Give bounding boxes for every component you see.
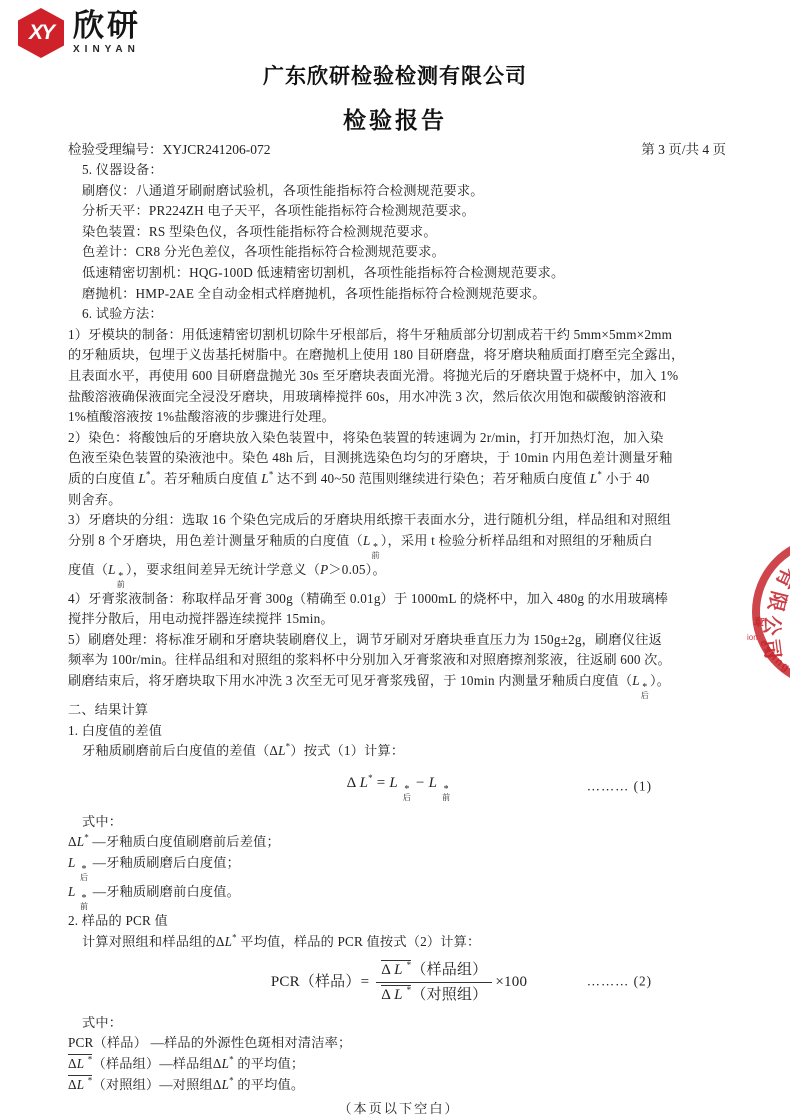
company-logo: XY 欣研 XINYAN xyxy=(18,8,141,58)
body-line: 分析天平：PR224ZH 电子天平，各项性能指标符合检测规范要求。 xyxy=(68,201,730,222)
body-line: 4）牙膏浆液制备：称取样品牙膏 300g（精确至 0.01g）于 1000mL … xyxy=(68,589,730,610)
body-line: 盐酸溶液确保液面完全浸没牙磨块，用玻璃棒搅拌 60s，用水冲洗 3 次，然后依次… xyxy=(68,387,730,408)
formula-1: Δ L* = L *后 − L *前……… (1) xyxy=(68,773,730,802)
seal-arc-en-text: esting Co xyxy=(757,638,790,683)
body-line: 频率为 100r/min。往样品组和对照组的浆料杯中分别加入牙膏浆液和对照磨擦剂… xyxy=(68,650,730,671)
body-line: 1）牙模块的制备：用低速精密切割机切除牛牙根部后，将牛牙釉质部分切割成若干约 5… xyxy=(68,325,730,346)
svg-text:esting Co: esting Co xyxy=(757,638,790,683)
body-line: 且表面水平，再使用 600 目研磨盘抛光 30s 至牙磨块表面光滑。将抛光后的牙… xyxy=(68,366,730,387)
body-line: L *前 —牙釉质刷磨前白度值。 xyxy=(68,882,730,911)
page-indicator: 第 3 页/共 4 页 xyxy=(641,138,726,158)
report-page: XY 欣研 XINYAN 广东欣研检验检测有限公司 检验报告 检验受理编号：XY… xyxy=(0,0,790,1116)
logo-name-en: XINYAN xyxy=(73,44,141,55)
seal-arc-char-4: 司 xyxy=(759,638,784,661)
body-line: 色差计：CR8 分光色差仪，各项性能指标符合检测规范要求。 xyxy=(68,242,730,263)
logo-hexagon-icon: XY xyxy=(18,8,64,58)
seal-arc-char-3: 公 xyxy=(760,615,784,638)
body-line: 5. 仪器设备： xyxy=(68,160,730,181)
body-line: 分别 8 个牙磨块，用色差计测量牙釉质的白度值（L*前），采用 t 检验分析样品… xyxy=(68,531,730,560)
body-line: 搅拌分散后，用电动搅拌器连续搅拌 15min。 xyxy=(68,609,730,630)
seal-arc-char-2: 限 xyxy=(763,589,790,614)
blank-note: （本页以下空白） xyxy=(68,1099,730,1116)
case-number-value: XYJCR241206-072 xyxy=(163,142,271,157)
body-line: 度值（L*前），要求组间差异无统计学意义（P＞0.05）。 xyxy=(68,560,730,589)
body-line: 式中： xyxy=(68,812,730,833)
body-line: 计算对照组和样品组的ΔL* 平均值，样品的 PCR 值按式（2）计算： xyxy=(68,932,730,953)
body-line: 的牙釉质块，包埋于义齿基托树脂中。在磨抛机上使用 180 目研磨盘，将牙磨块釉质… xyxy=(68,345,730,366)
logo-text: 欣研 XINYAN xyxy=(73,8,141,55)
body-line: 1%植酸溶液按 1%盐酸溶液的步骤进行处理。 xyxy=(68,407,730,428)
body-line: PCR（样品） —样品的外源性色斑相对清洁率； xyxy=(68,1033,730,1054)
case-number-label: 检验受理编号： xyxy=(68,142,163,157)
case-number: 检验受理编号：XYJCR241206-072 xyxy=(68,138,271,158)
seal-arc-char-1: 有 xyxy=(771,564,790,592)
body-line: L *后 —牙釉质刷磨后白度值； xyxy=(68,853,730,882)
formula-reference: ……… (1) xyxy=(587,777,652,798)
body-line: 6. 试验方法： xyxy=(68,304,730,325)
body-line: 则舍弃。 xyxy=(68,490,730,511)
body-line: 刷磨结束后，将牙磨块取下用水冲洗 3 次至无可见牙膏浆残留，于 10min 内测… xyxy=(68,671,730,700)
report-body: 5. 仪器设备：刷磨仪：八通道牙刷耐磨试验机，各项性能指标符合检测规范要求。分析… xyxy=(68,160,730,1116)
body-line: ΔL* —牙釉质白度值刷磨前后差值； xyxy=(68,832,730,853)
body-line: 二、结果计算 xyxy=(68,700,730,721)
seal-zhang-char: 章 xyxy=(752,614,765,630)
body-line: 牙釉质刷磨前后白度值的差值（ΔL*）按式（1）计算： xyxy=(68,741,730,762)
body-line: ΔL *（样品组）—样品组ΔL* 的平均值； xyxy=(68,1054,730,1075)
body-line: 2）染色：将酸蚀后的牙磨块放入染色装置中，将染色装置的转速调为 2r/min，打… xyxy=(68,428,730,449)
formula-reference: ……… (2) xyxy=(587,972,652,993)
formula-2: PCR（样品）= Δ L *（样品组）Δ L *（对照组）×100……… (2) xyxy=(68,960,730,1005)
logo-name-cn: 欣研 xyxy=(73,10,141,42)
seal-small-text: ion xyxy=(747,633,758,642)
logo-monogram: XY xyxy=(29,21,53,45)
body-line: 磨抛机：HMP-2AE 全自动金相式样磨抛机，各项性能指标符合检测规范要求。 xyxy=(68,284,730,305)
body-line: 色液至染色装置的染液池中。染色 48h 后，目测挑选染色均匀的牙磨块，于 10m… xyxy=(68,448,730,469)
body-line: 3）牙磨块的分组：选取 16 个染色完成后的牙磨块用纸擦干表面水分，进行随机分组… xyxy=(68,510,730,531)
report-title: 检验报告 xyxy=(0,102,790,135)
body-line: 染色装置：RS 型染色仪，各项性能指标符合检测规范要求。 xyxy=(68,222,730,243)
body-line: 2. 样品的 PCR 值 xyxy=(68,911,730,932)
body-line: 质的白度值 L*。若牙釉质白度值 L* 达不到 40~50 范围则继续进行染色；… xyxy=(68,469,730,490)
body-line: 式中： xyxy=(68,1013,730,1034)
seal-icon: 有 限 公 司 章 ion esting Co xyxy=(744,530,790,694)
company-seal-stamp: 有 限 公 司 章 ion esting Co xyxy=(744,530,790,694)
meta-row: 检验受理编号：XYJCR241206-072 第 3 页/共 4 页 xyxy=(68,138,726,158)
body-line: 5）刷磨处理：将标准牙刷和牙磨块装刷磨仪上，调节牙刷对牙磨块垂直压力为 150g… xyxy=(68,630,730,651)
body-line: ΔL *（对照组）—对照组ΔL* 的平均值。 xyxy=(68,1075,730,1096)
body-line: 刷磨仪：八通道牙刷耐磨试验机，各项性能指标符合检测规范要求。 xyxy=(68,181,730,202)
body-line: 1. 白度值的差值 xyxy=(68,721,730,742)
body-line: 低速精密切割机：HQG-100D 低速精密切割机，各项性能指标符合检测规范要求。 xyxy=(68,263,730,284)
company-name-title: 广东欣研检验检测有限公司 xyxy=(0,60,790,90)
